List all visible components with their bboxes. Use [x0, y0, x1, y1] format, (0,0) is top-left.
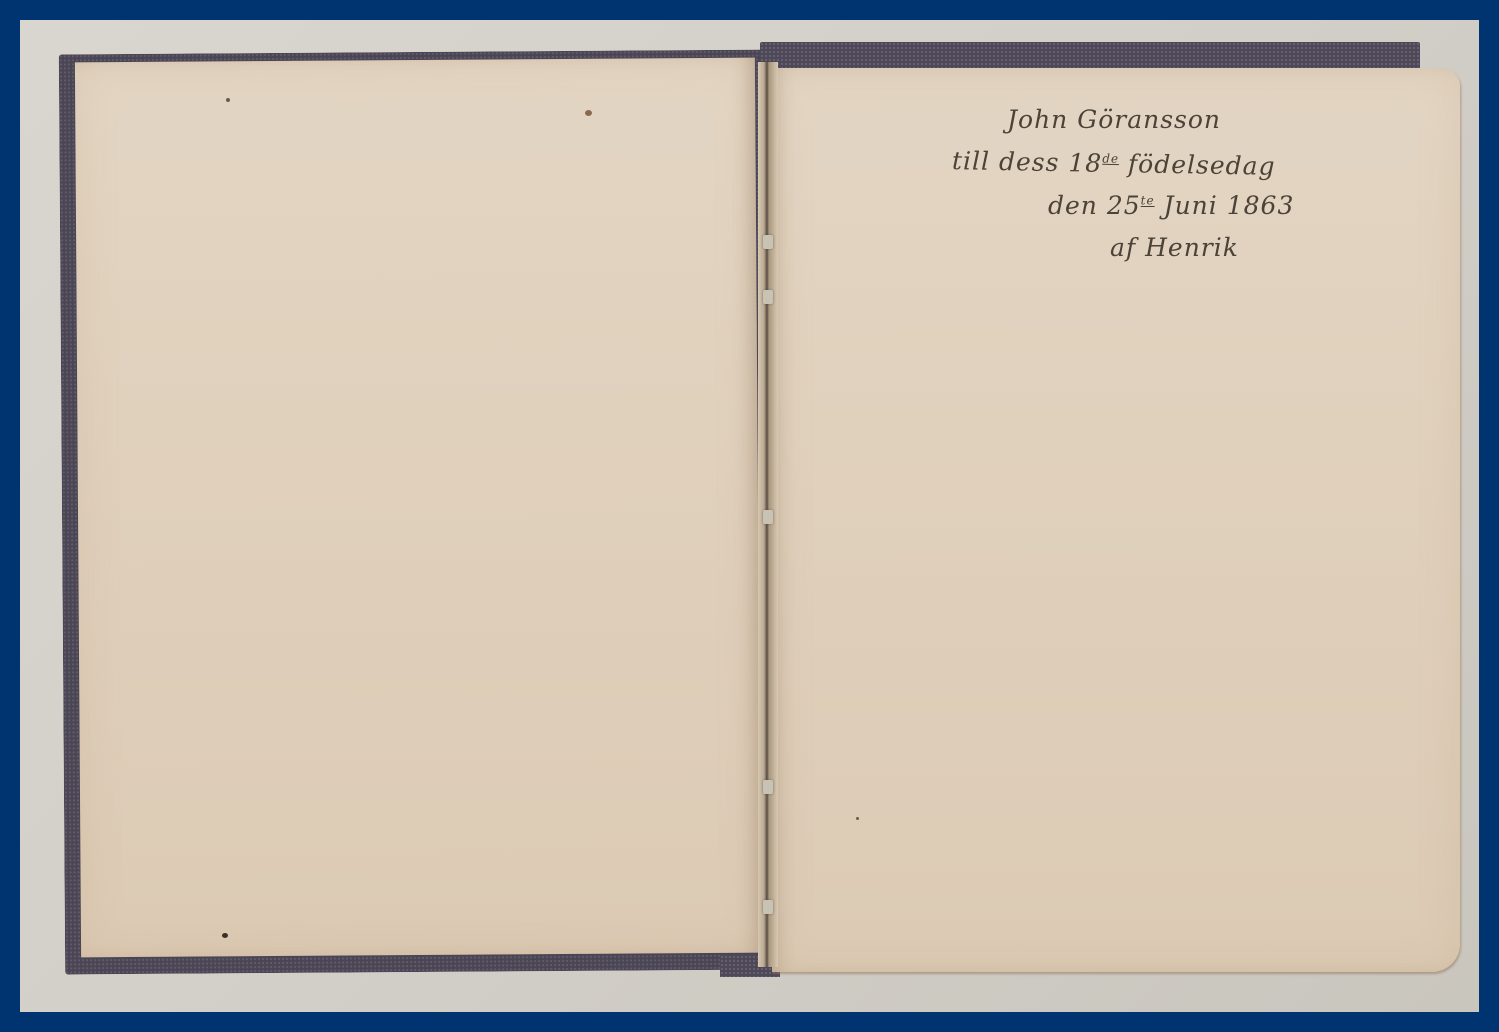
inscription-line-name: John Göransson — [1007, 105, 1221, 134]
book-photograph: John Göransson till dess 18de födelsedag… — [20, 20, 1479, 1012]
foxing-spot — [222, 933, 228, 938]
binding-stitch — [763, 780, 773, 794]
foxing-spot — [856, 817, 859, 820]
binding-stitch — [763, 235, 773, 249]
binding-stitch — [763, 510, 773, 524]
inscription-line-date: den 25te Juni 1863 — [1048, 191, 1294, 220]
foxing-spot — [226, 98, 230, 102]
binding-stitch — [763, 290, 773, 304]
left-endpaper-page — [75, 58, 761, 958]
binding-stitch — [763, 900, 773, 914]
inscription-line-signature: af Henrik — [1110, 233, 1239, 262]
inscription-line-birthday: till dess 18de födelsedag — [952, 146, 1276, 181]
foxing-spot — [585, 110, 592, 116]
